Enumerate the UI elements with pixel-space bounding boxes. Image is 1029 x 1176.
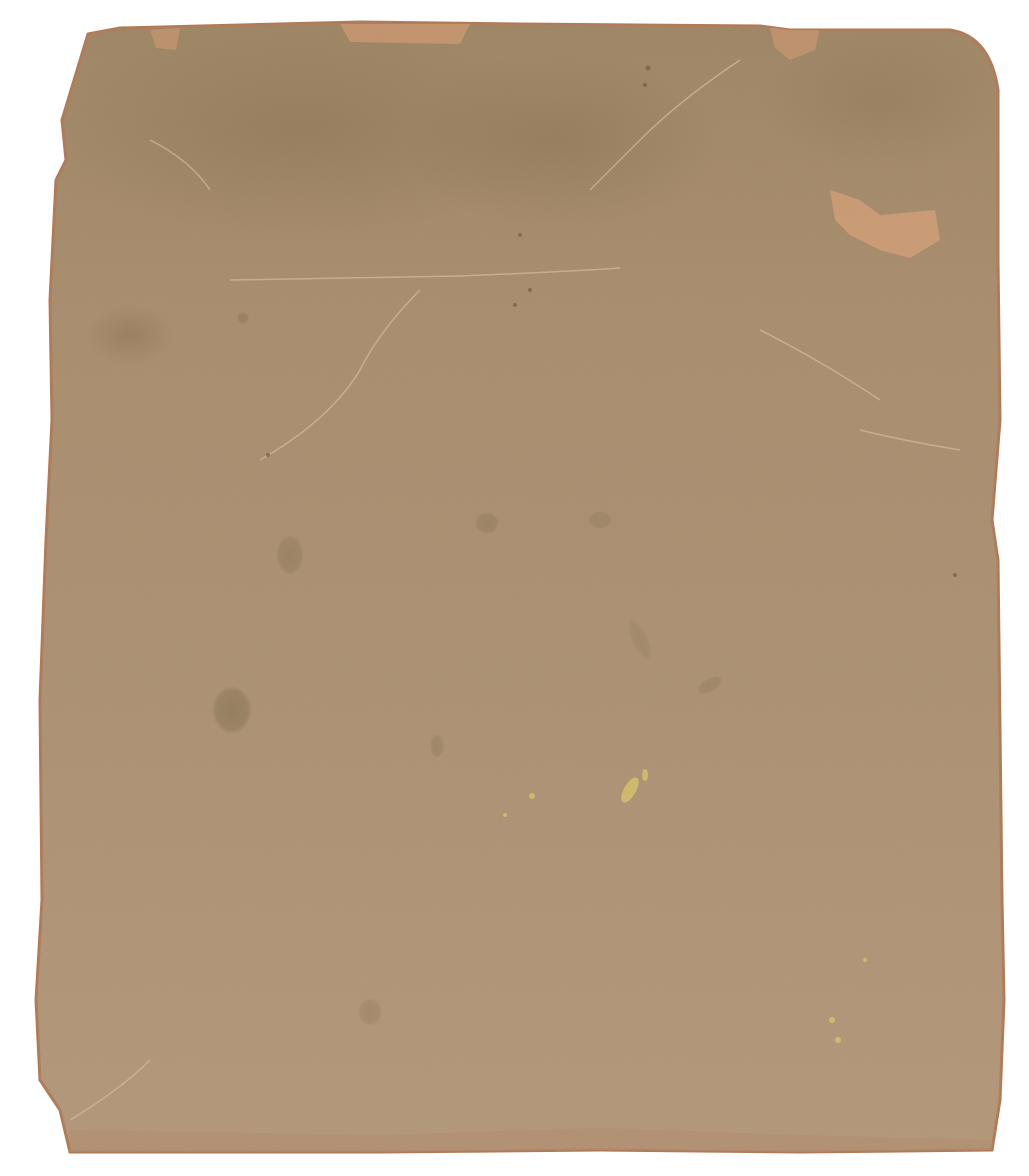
stone-tablet bbox=[0, 0, 1029, 1176]
photo-scene: Weathered tan stone/board tablet photogr… bbox=[0, 0, 1029, 1176]
